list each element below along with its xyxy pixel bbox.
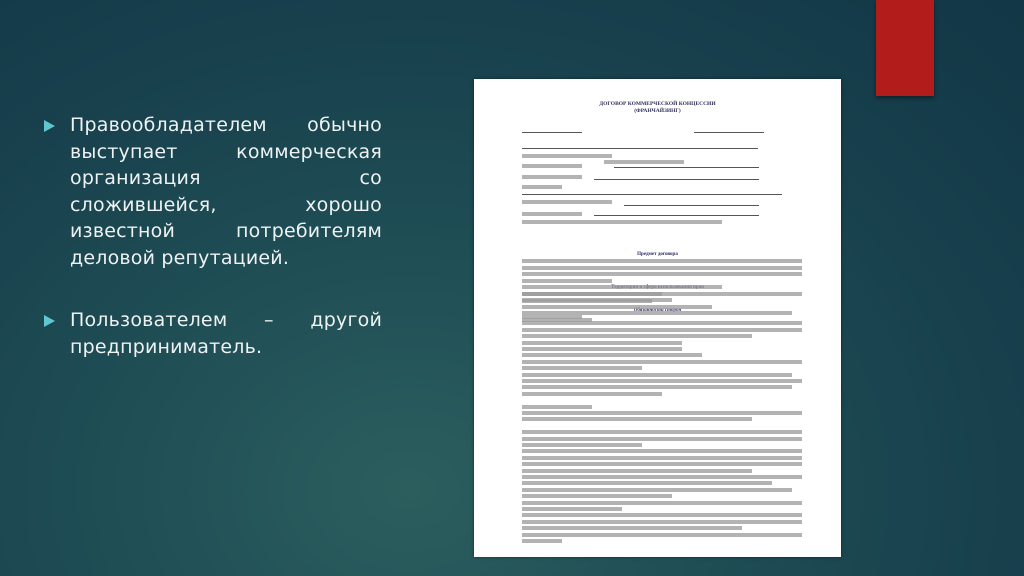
- document-text-line: [522, 328, 802, 332]
- document-text-line: [522, 315, 582, 319]
- document-text-line: [522, 334, 752, 338]
- document-text-line: [522, 279, 612, 283]
- document-text-line: [522, 456, 802, 460]
- document-rule: [522, 194, 782, 195]
- document-text-line: [522, 285, 722, 289]
- contract-document-image: ДОГОВОР КОММЕРЧЕСКОЙ КОНЦЕССИИ (ФРАНЧАЙЗ…: [474, 79, 841, 557]
- document-text-line: [522, 507, 622, 511]
- document-text-line: [522, 501, 802, 505]
- document-text-line: [522, 360, 802, 364]
- document-text-line: [522, 520, 802, 524]
- document-text-line: [522, 475, 802, 479]
- document-text-line: [522, 154, 612, 158]
- document-text-line: [522, 305, 712, 309]
- document-text-line: [522, 220, 722, 224]
- document-text-line: [522, 488, 792, 492]
- document-text-line: [522, 347, 682, 351]
- document-text-line: [522, 437, 802, 441]
- document-text-line: [522, 321, 802, 325]
- slide: Правообладателем обычно выступает коммер…: [0, 0, 1024, 576]
- bullet-text: Правообладателем обычно выступает коммер…: [70, 112, 382, 271]
- document-text-line: [522, 266, 802, 270]
- document-text-line: [522, 494, 672, 498]
- document-rule: [594, 179, 759, 180]
- accent-bar: [876, 0, 934, 96]
- document-text-line: [522, 185, 562, 189]
- document-text-line: [522, 212, 582, 216]
- document-text-line: [522, 513, 802, 517]
- document-text-line: [522, 272, 802, 276]
- bullet-item: Пользователем – другой предприниматель.: [44, 307, 382, 360]
- document-rule: [594, 215, 759, 216]
- bullet-item: Правообладателем обычно выступает коммер…: [44, 112, 382, 271]
- document-text-line: [522, 353, 702, 357]
- document-text-line: [522, 430, 802, 434]
- section-heading: Предмет договора: [474, 252, 841, 257]
- document-text-line: [522, 539, 562, 543]
- document-title-line2: (ФРАНЧАЙЗИНГ): [474, 108, 841, 115]
- bullet-list: Правообладателем обычно выступает коммер…: [44, 112, 382, 396]
- document-text-line: [522, 341, 682, 345]
- document-text-line: [522, 411, 802, 415]
- document-text-line: [522, 200, 612, 204]
- document-text-line: [522, 164, 582, 168]
- document-title-line1: ДОГОВОР КОММЕРЧЕСКОЙ КОНЦЕССИИ: [474, 101, 841, 108]
- bullet-text: Пользователем – другой предприниматель.: [70, 307, 382, 360]
- document-title: ДОГОВОР КОММЕРЧЕСКОЙ КОНЦЕССИИ (ФРАНЧАЙЗ…: [474, 101, 841, 115]
- document-text-line: [522, 292, 802, 296]
- document-text-line: [522, 373, 792, 377]
- document-text-line: [604, 160, 684, 164]
- document-text-line: [522, 469, 752, 473]
- document-text-line: [522, 481, 772, 485]
- document-rule: [522, 148, 758, 149]
- document-rule: [624, 205, 759, 206]
- document-rule: [614, 167, 759, 168]
- document-text-line: [522, 385, 792, 389]
- document-text-line: [522, 175, 582, 179]
- document-text-line: [522, 366, 642, 370]
- document-rule: [522, 132, 582, 133]
- document-text-line: [522, 533, 802, 537]
- document-rule: [694, 132, 764, 133]
- document-text-line: [522, 462, 802, 466]
- triangle-bullet-icon: [44, 120, 55, 132]
- document-text-line: [522, 443, 642, 447]
- document-text-line: [522, 526, 742, 530]
- document-text-line: [522, 405, 592, 409]
- document-text-line: [522, 299, 652, 303]
- document-text-line: [522, 417, 752, 421]
- triangle-bullet-icon: [44, 315, 55, 327]
- document-text-line: [522, 449, 802, 453]
- document-text-line: [522, 392, 662, 396]
- document-text-line: [522, 259, 802, 263]
- document-text-line: [522, 379, 802, 383]
